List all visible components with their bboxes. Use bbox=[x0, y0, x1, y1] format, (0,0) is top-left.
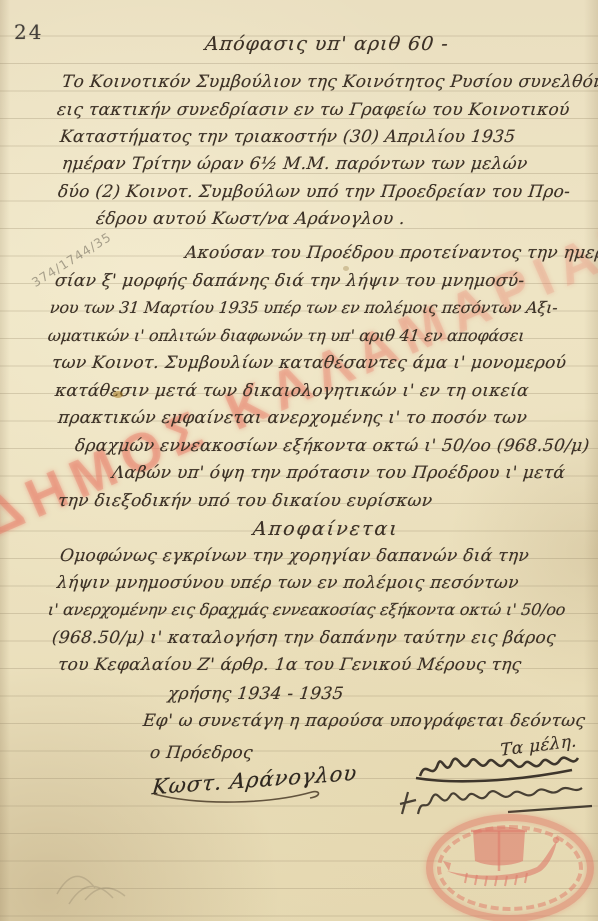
decision-heading: Αποφαίνεται bbox=[252, 518, 400, 540]
handwritten-line: (968.50/μ) ι' καταλογήση την δαπάνην ταύ… bbox=[51, 628, 557, 648]
handwritten-line: δύο (2) Κοινοτ. Συμβούλων υπό την Προεδρ… bbox=[57, 182, 571, 202]
municipal-seal-stamp bbox=[426, 814, 594, 921]
pencil-doodle bbox=[45, 850, 155, 912]
handwritten-line: εις τακτικήν συνεδρίασιν εν τω Γραφείω τ… bbox=[56, 100, 571, 120]
handwritten-line: ι' ανερχομένην εις δραχμάς εννεακοσίας ε… bbox=[47, 600, 566, 619]
scanned-page: ΔΗΜΟΣ ΚΑΛΑΜΑΡΙΑΣ 24 374/1744/35 Απόφασις… bbox=[0, 0, 598, 921]
handwritten-line: νου των 31 Μαρτίου 1935 υπέρ των εν πολέ… bbox=[49, 298, 558, 317]
handwritten-line: έδρου αυτού Κωστ/να Αράνογλου . bbox=[95, 209, 406, 229]
handwritten-line: λήψιν μνημοσύνου υπέρ των εν πολέμοις πε… bbox=[56, 573, 520, 593]
handwritten-line: Ακούσαν του Προέδρου προτείναντος την ημ… bbox=[184, 243, 598, 263]
handwritten-line: Ομοφώνως εγκρίνων την χορηγίαν δαπανών δ… bbox=[59, 546, 530, 566]
handwritten-line: ημέραν Τρίτην ώραν 6½ Μ.Μ. παρόντων των … bbox=[61, 154, 529, 174]
handwritten-line: Καταστήματος την τριακοστήν (30) Απριλίο… bbox=[59, 127, 517, 147]
members-label: Τα μέλη. bbox=[500, 731, 577, 761]
trireme-ship-icon bbox=[433, 821, 573, 901]
handwritten-line: πρακτικών εμφαίνεται ανερχομένης ι' το π… bbox=[57, 408, 528, 428]
decision-title: Απόφασις υπ' αριθ 60 - bbox=[204, 33, 450, 55]
closing-line: Εφ' ω συνετάγη η παρούσα υπογράφεται δεό… bbox=[142, 711, 586, 731]
handwritten-line: σίαν ξ' μορφής δαπάνης διά την λήψιν του… bbox=[54, 271, 526, 291]
ink-stain bbox=[113, 391, 123, 398]
member-signature-2 bbox=[400, 788, 592, 814]
handwritten-line: των Κοινοτ. Συμβουλίων καταθέσαντες άμα … bbox=[51, 353, 567, 373]
page-number: 24 bbox=[14, 20, 43, 44]
handwritten-line: Λαβών υπ' όψη την πρότασιν του Προέδρου … bbox=[111, 463, 566, 483]
handwritten-line: Το Κοινοτικόν Συμβούλιον της Κοινότητος … bbox=[61, 72, 598, 92]
ink-stain bbox=[343, 266, 349, 271]
president-label: ο Πρόεδρος bbox=[149, 743, 254, 763]
handwritten-line: την διεξοδικήν υπό του δικαίου ευρίσκων bbox=[57, 491, 433, 511]
handwritten-line: ωματικών ι' οπλιτών διαφωνών τη υπ' αριθ… bbox=[47, 326, 525, 345]
member-signature-1 bbox=[416, 758, 578, 782]
handwritten-line: δραχμών εννεακοσίων εξήκοντα οκτώ ι' 50/… bbox=[74, 436, 591, 456]
handwritten-line: του Κεφαλαίου Ζ' άρθρ. 1α του Γενικού Μέ… bbox=[57, 655, 523, 675]
president-signature: Κωστ. Αράνογλου bbox=[151, 761, 359, 800]
handwritten-line: χρήσης 1934 - 1935 bbox=[167, 684, 345, 704]
handwritten-line: κατάθεσιν μετά των δικαιολογητικών ι' εν… bbox=[54, 381, 530, 401]
